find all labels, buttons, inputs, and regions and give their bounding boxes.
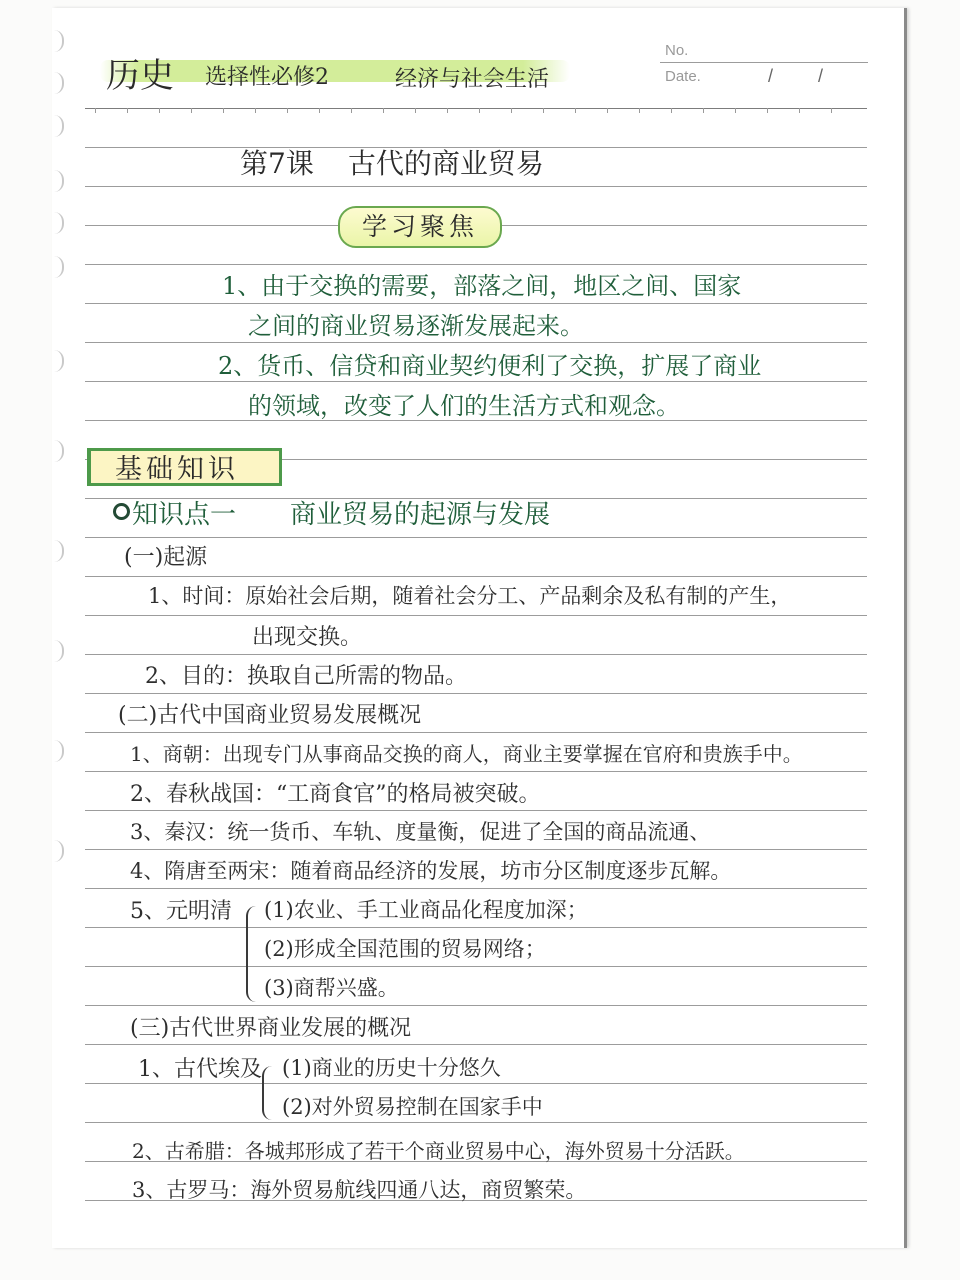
ruled-line (85, 615, 867, 616)
binding-ring (54, 256, 64, 278)
china-item-5-sub-2: (2)形成全国范围的贸易网络； (264, 933, 546, 963)
section-heading-world: (三)古代世界商业发展的概况 (130, 1011, 411, 1042)
origin-item-2: 2、目的：换取自己所需的物品。 (145, 659, 467, 690)
china-item-3: 3、秦汉：统一货币、车轨、度量衡，促进了全国的商品流通、 (130, 816, 710, 846)
binding-ring (54, 640, 64, 662)
date-separator: / (768, 66, 773, 87)
world-item-1-label: 1、古代埃及 (138, 1052, 262, 1083)
binding-ring (54, 540, 64, 562)
basics-section-box: 基础知识 (87, 448, 282, 486)
date-label: Date. (665, 68, 701, 85)
focus-item-2-line1: 2、货币、信贷和商业契约便利了交换，扩展了商业 (218, 346, 761, 381)
ruled-line (85, 537, 867, 538)
china-item-4: 4、隋唐至两宋：随着商品经济的发展，坊市分区制度逐步瓦解。 (130, 855, 731, 885)
binding-ring (54, 212, 64, 234)
world-item-2: 2、古希腊：各城邦形成了若干个商业贸易中心，海外贸易十分活跃。 (132, 1135, 745, 1164)
ruled-line (85, 264, 867, 265)
focus-item-2-line2: 的领域，改变了人们的生活方式和观念。 (248, 386, 680, 421)
ruled-line (85, 1122, 867, 1123)
no-label: No. (665, 42, 688, 59)
course-name: 选择性必修2 (205, 60, 329, 91)
ruled-line (85, 927, 867, 928)
origin-item-1-line1: 1、时间：原始社会后期，随着社会分工、产品剩余及私有制的产生， (148, 580, 791, 610)
china-item-5-sub-1: (1)农业、手工业商品化程度加深； (264, 894, 588, 924)
focus-item-1-line2: 之间的商业贸易逐渐发展起来。 (248, 306, 584, 341)
no-field-line (660, 62, 868, 63)
ruled-line (85, 576, 867, 577)
subject-title: 历史 (106, 48, 174, 97)
ruled-line (85, 732, 867, 733)
ruled-line (85, 342, 867, 343)
origin-item-1-line2: 出现交换。 (252, 620, 362, 651)
binding-ring (54, 72, 64, 94)
ruled-line (85, 966, 867, 967)
focus-item-1-line1: 1、由于交换的需要，部落之间，地区之间、国家 (222, 266, 741, 301)
brace-icon (262, 1066, 272, 1120)
china-item-2: 2、春秋战国：“工商食官”的格局被突破。 (130, 777, 541, 808)
section-heading-origin: (一)起源 (124, 540, 207, 571)
binding-ring (54, 30, 64, 52)
learning-focus-badge: 学习聚焦 (338, 206, 502, 248)
ruled-line (85, 303, 867, 304)
ruled-line (85, 849, 867, 850)
section-heading-china: (二)古代中国商业贸易发展概况 (118, 698, 421, 729)
world-item-1-sub-1: (1)商业的历史十分悠久 (282, 1052, 501, 1082)
world-item-1-sub-2: (2)对外贸易控制在国家手中 (282, 1091, 543, 1121)
ruled-line (85, 1005, 867, 1006)
notebook-binding (52, 20, 68, 920)
lesson-title: 第7课古代的商业贸易 (240, 142, 544, 182)
binding-ring (54, 170, 64, 192)
ruled-line (85, 1044, 867, 1045)
ruled-line (85, 186, 867, 187)
ruled-line (85, 693, 867, 694)
lesson-name: 古代的商业贸易 (348, 147, 544, 180)
lesson-number: 第7课 (240, 147, 314, 180)
knowledge-point-label: 知识点一 (132, 494, 236, 531)
binding-ring (54, 115, 64, 137)
china-item-1: 1、商朝：出现专门从事商品交换的商人，商业主要掌握在官府和贵族手中。 (130, 738, 803, 767)
binding-ring (54, 740, 64, 762)
ruled-line (85, 771, 867, 772)
ruled-line (85, 1083, 867, 1084)
knowledge-point-title: 商业贸易的起源与发展 (290, 494, 550, 531)
ruled-line (85, 654, 867, 655)
ruled-line (85, 888, 867, 889)
binding-ring (54, 350, 64, 372)
ruler-ticks (95, 108, 865, 114)
world-item-3: 3、古罗马：海外贸易航线四通八达，商贸繁荣。 (132, 1174, 586, 1204)
brace-icon (246, 906, 256, 1002)
circle-bullet-icon (113, 503, 130, 520)
ruled-line (85, 810, 867, 811)
binding-ring (54, 840, 64, 862)
china-item-5-label: 5、元明清 (130, 894, 232, 925)
china-item-5-sub-3: (3)商帮兴盛。 (264, 972, 399, 1002)
binding-ring (54, 440, 64, 462)
date-separator: / (818, 66, 823, 87)
topic-name: 经济与社会生活 (395, 62, 549, 93)
ruled-line (85, 381, 867, 382)
